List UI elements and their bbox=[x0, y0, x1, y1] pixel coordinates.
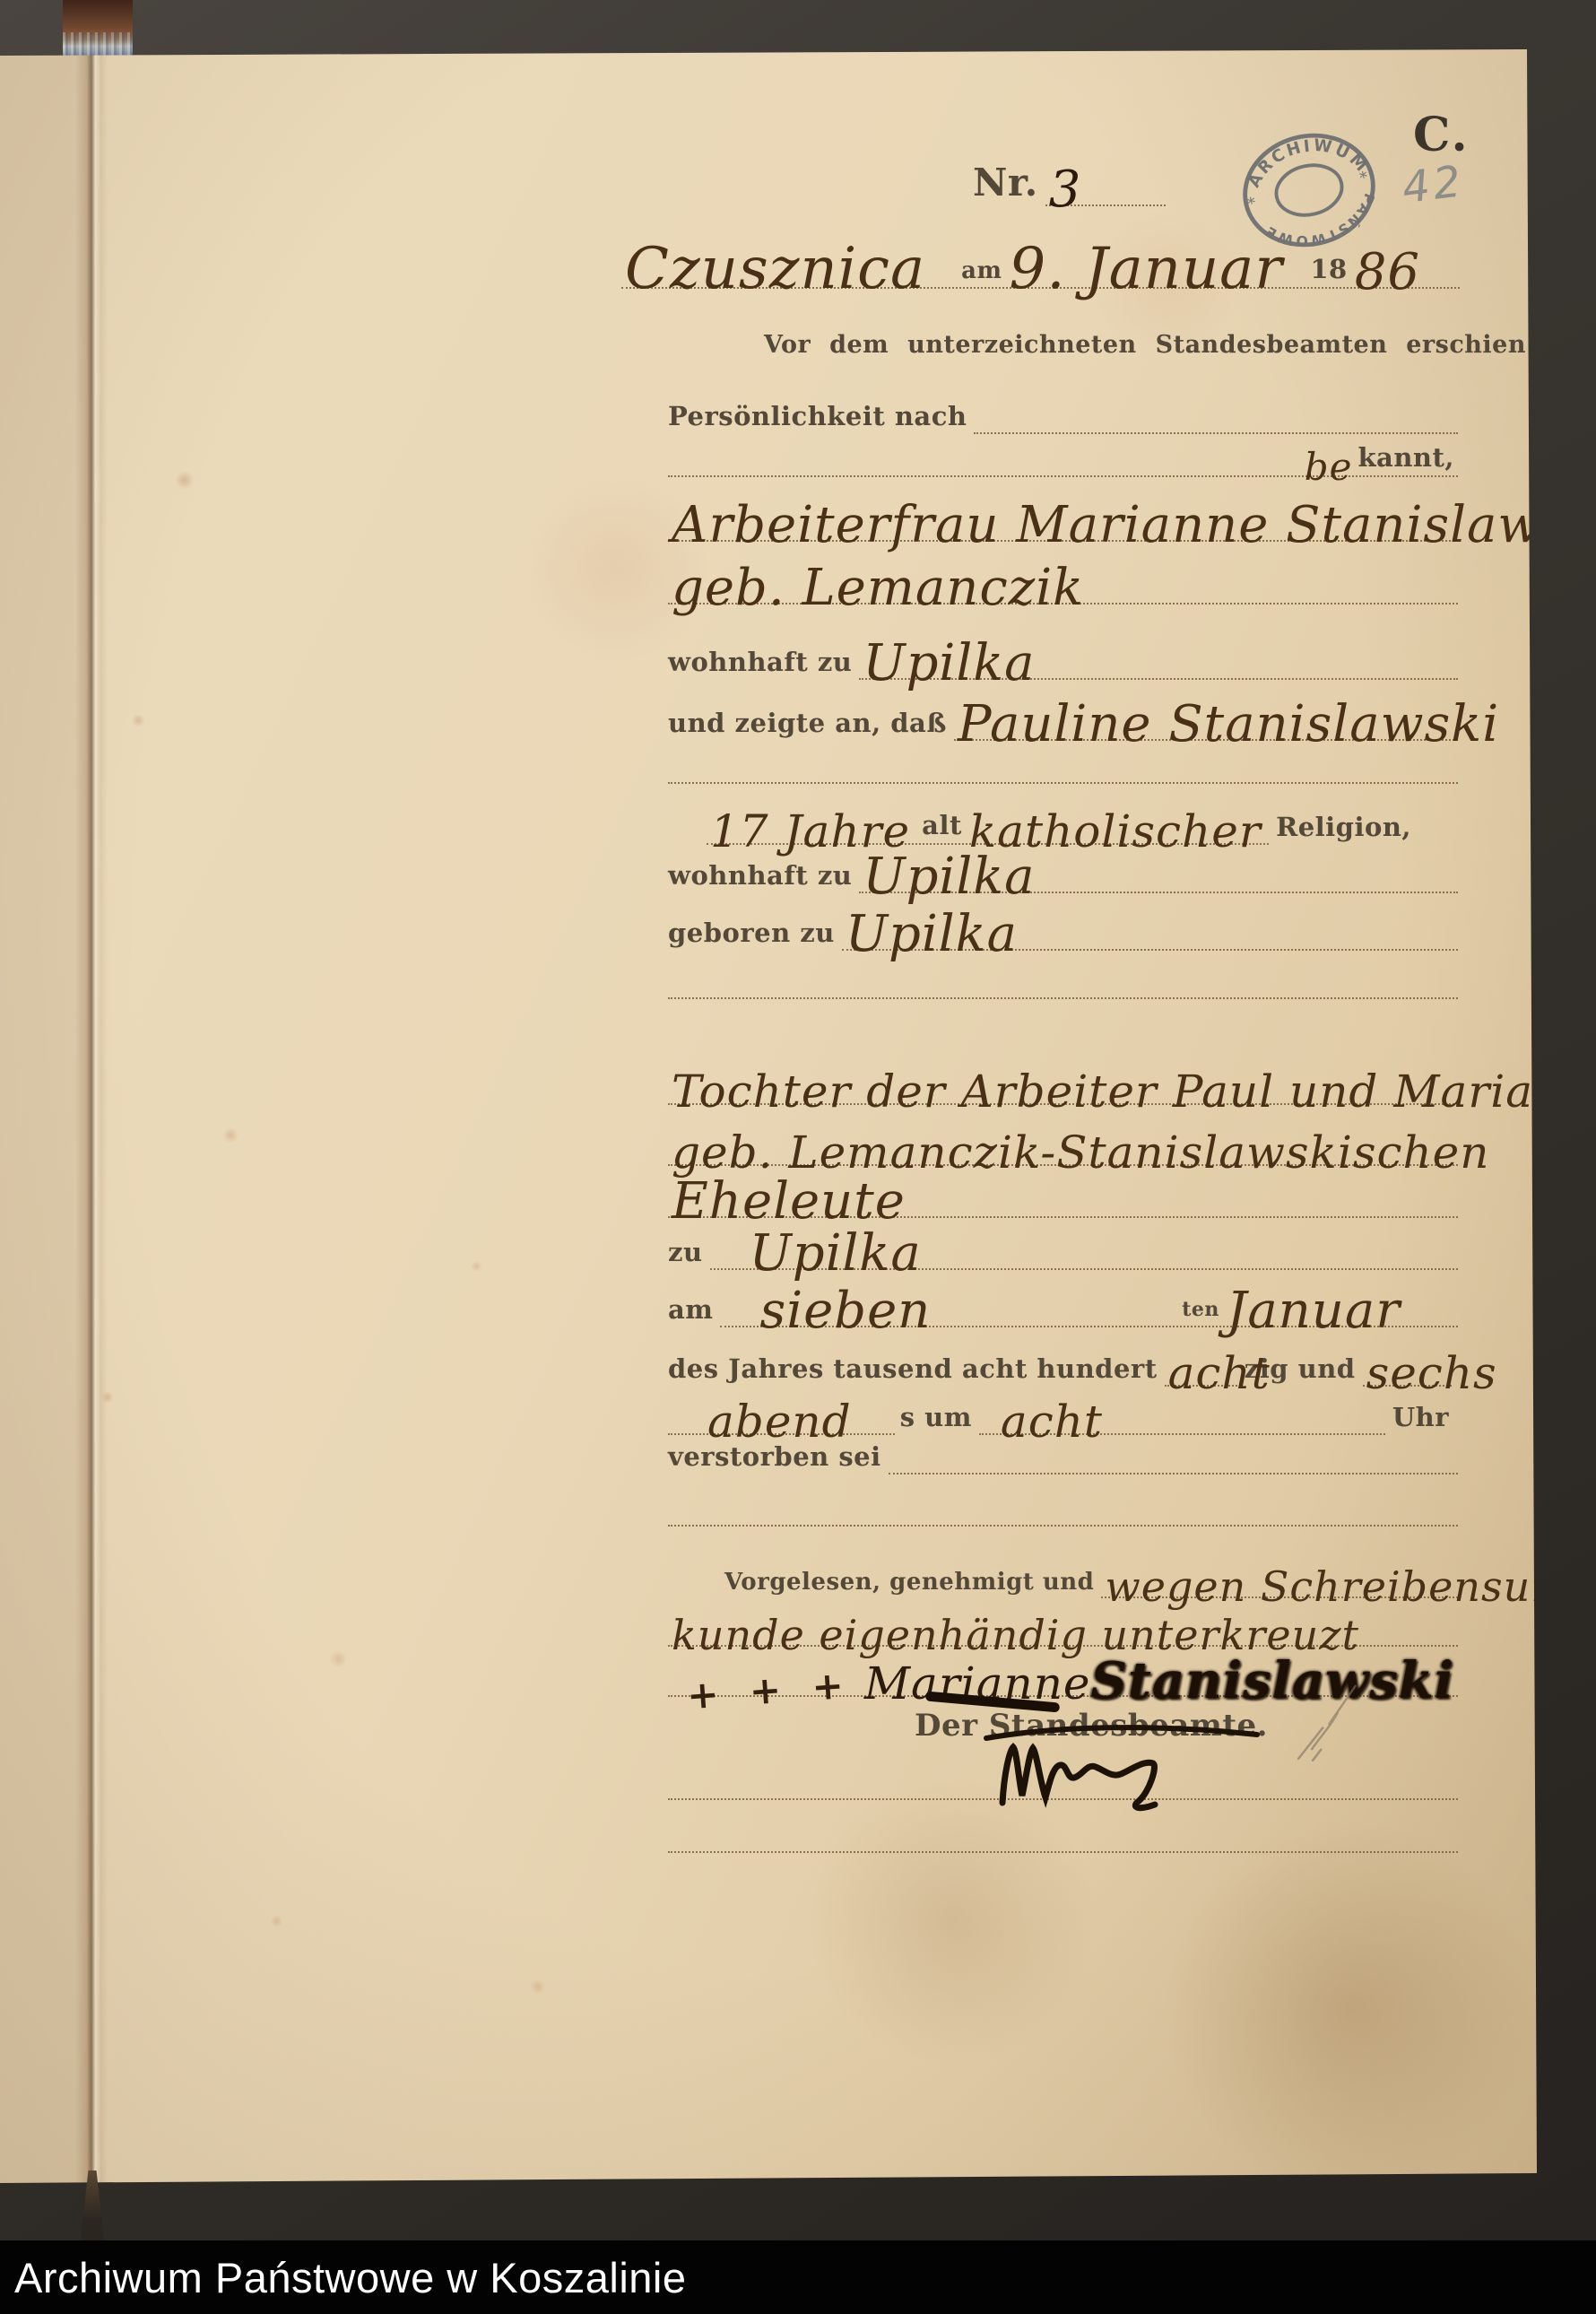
notify-label: und zeigte an, daß bbox=[668, 709, 947, 738]
parents-row-1: Tochter der Arbeiter Paul und Marianne bbox=[668, 1044, 1458, 1105]
place-handwritten: Czusznica bbox=[625, 240, 925, 298]
book-spine-fragment bbox=[63, 0, 133, 59]
intro-line: Vor dem unterzeichneten Standesbeamten e… bbox=[764, 332, 1596, 359]
blank-line-row bbox=[668, 1505, 1458, 1527]
death-day-label: am bbox=[668, 1296, 713, 1325]
record-number-row: Nr. 3 bbox=[973, 154, 1166, 206]
deceased-residence-label: wohnhaft zu bbox=[668, 862, 852, 891]
signature-crosses: + + + bbox=[686, 1666, 854, 1716]
signer-last-name: Stanislawski bbox=[1091, 1656, 1454, 1706]
year-handwritten: 86 bbox=[1355, 248, 1420, 298]
notification-row: und zeigte an, daß Pauline Stanislawski bbox=[668, 680, 1458, 741]
binding-gutter-crease bbox=[75, 0, 108, 2183]
residence-label: wohnhaft zu bbox=[668, 648, 852, 677]
archive-caption-bar: Archiwum Państwowe w Koszalinie bbox=[0, 2240, 1596, 2314]
stamp-star-right-icon: * bbox=[1358, 169, 1370, 188]
death-time-row: abend s um acht Uhr bbox=[668, 1376, 1456, 1435]
death-time-printed: s um bbox=[900, 1404, 972, 1432]
blank-line-row bbox=[668, 762, 1458, 784]
death-day-row: am sieben ten Januar bbox=[668, 1266, 1458, 1327]
death-day-suffix: ten bbox=[1182, 1299, 1219, 1320]
blank-line-row bbox=[668, 1831, 1458, 1853]
known-row: be kannt, bbox=[668, 425, 1458, 477]
intro-row: Vor dem unterzeichneten Standesbeamten e… bbox=[764, 332, 1508, 361]
deceased-name: Pauline Stanislawski bbox=[958, 700, 1499, 750]
document-page: ARCHIWUM PAŃSTWOWE * * C. 42 Nr. 3 Czusz… bbox=[0, 0, 1537, 2183]
blank-line-row bbox=[668, 976, 1458, 999]
birthplace-row: geboren zu Upilka bbox=[668, 893, 1458, 951]
birthplace: Upilka bbox=[846, 909, 1018, 960]
death-place-label: zu bbox=[668, 1239, 703, 1267]
declarant-birthname: geb. Lemanczik bbox=[672, 563, 1084, 613]
archive-caption: Archiwum Państwowe w Koszalinie bbox=[14, 2253, 687, 2302]
form-series-letter: C. bbox=[1413, 108, 1470, 162]
birthname-row: geb. Lemanczik bbox=[668, 544, 1458, 605]
place-date-row: Czusznica am 9. Januar 18 86 bbox=[621, 204, 1460, 289]
date-handwritten: 9. Januar bbox=[1010, 240, 1283, 298]
known-printed: kannt, bbox=[1357, 444, 1454, 473]
deceased-residence-row: wohnhaft zu Upilka bbox=[668, 838, 1458, 893]
birthplace-label: geboren zu bbox=[668, 919, 835, 948]
age-religion-row: 17 Jahre alt katholischer Religion, bbox=[707, 786, 1418, 845]
archival-scan: ARCHIWUM PAŃSTWOWE * * C. 42 Nr. 3 Czusz… bbox=[0, 0, 1596, 2314]
am-label: am bbox=[961, 258, 1002, 284]
declarant-residence-row: wohnhaft zu Upilka bbox=[668, 619, 1458, 680]
death-place-row: zu Upilka bbox=[668, 1209, 1458, 1270]
registrar-signature-mark bbox=[977, 1724, 1264, 1822]
nr-label: Nr. bbox=[973, 162, 1038, 204]
age-label: alt bbox=[922, 812, 962, 840]
declarant-row: Arbeiterfrau Marianne Stanislawski bbox=[668, 481, 1458, 542]
death-time-unit: Uhr bbox=[1392, 1404, 1449, 1432]
deceased-statement-row: verstorben sei bbox=[668, 1435, 1458, 1475]
year-printed: 18 bbox=[1310, 256, 1347, 284]
deceased-statement: verstorben sei bbox=[668, 1443, 881, 1472]
